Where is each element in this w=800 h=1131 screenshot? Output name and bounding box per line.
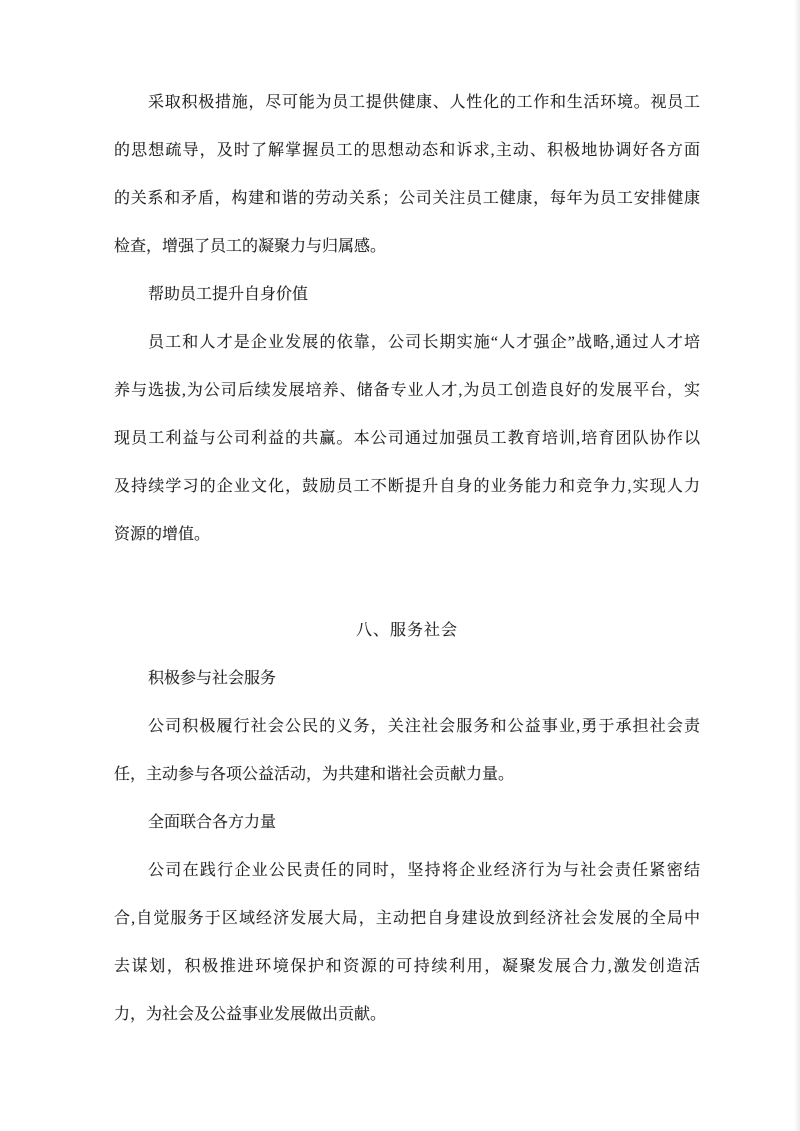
paragraph4-line1: 公司在践行企业公民责任的同时，坚持将企业经济行为与社会责任紧密结 [114,847,700,895]
paragraph2-line1: 员工和人才是企业发展的依靠，公司长期实施“人才强企”战略,通过人才培 [114,319,700,367]
paragraph1-line3: 的关系和矛盾，构建和谐的劳动关系；公司关注员工健康，每年为员工安排健康 [114,175,700,223]
document-body: 采取积极措施，尽可能为员工提供健康、人性化的工作和生活环境。视员工 的思想疏导，… [114,79,700,1039]
paragraph1-line4: 检查，增强了员工的凝聚力与归属感。 [114,223,700,271]
paragraph4-line4: 力，为社会及公益事业发展做出贡献。 [114,991,700,1039]
subsection-heading-social-service: 积极参与社会服务 [114,655,700,703]
paragraph2-line4: 及持续学习的企业文化，鼓励员工不断提升自身的业务能力和竞争力,实现人力 [114,463,700,511]
document-page: 采取积极措施，尽可能为员工提供健康、人性化的工作和生活环境。视员工 的思想疏导，… [0,0,800,1131]
paragraph1-line1: 采取积极措施，尽可能为员工提供健康、人性化的工作和生活环境。视员工 [114,79,700,127]
paragraph4-line3: 去谋划，积极推进环境保护和资源的可持续利用，凝聚发展合力,激发创造活 [114,943,700,991]
paragraph3-line1: 公司积极履行社会公民的义务，关注社会服务和公益事业,勇于承担社会责 [114,703,700,751]
paragraph2-line5: 资源的增值。 [114,511,700,559]
scan-edge-shadow [794,0,800,1131]
subsection-heading-unite-forces: 全面联合各方力量 [114,799,700,847]
paragraph3-line2: 任，主动参与各项公益活动，为共建和谐社会贡献力量。 [114,751,700,799]
section-heading-serve-society: 八、服务社会 [114,607,700,655]
subsection-heading-employee-value: 帮助员工提升自身价值 [114,271,700,319]
paragraph4-line2: 合,自觉服务于区域经济发展大局，主动把自身建设放到经济社会发展的全局中 [114,895,700,943]
paragraph2-line2: 养与选拔,为公司后续发展培养、储备专业人才,为员工创造良好的发展平台，实 [114,367,700,415]
paragraph2-line3: 现员工利益与公司利益的共赢。本公司通过加强员工教育培训,培育团队协作以 [114,415,700,463]
paragraph1-line2: 的思想疏导，及时了解掌握员工的思想动态和诉求,主动、积极地协调好各方面 [114,127,700,175]
